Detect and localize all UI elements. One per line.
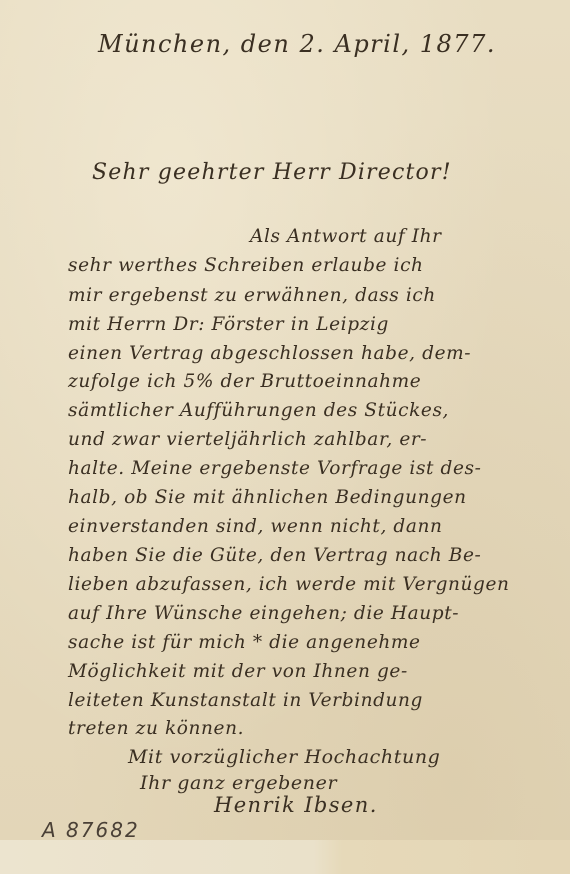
body-line: lieben abzufassen, ich werde mit Vergnüg… — [68, 574, 510, 595]
body-line: Möglichkeit mit der von Ihnen ge- — [68, 661, 408, 682]
body-line: mit Herrn Dr: Förster in Leipzig — [68, 314, 389, 335]
body-line: halb, ob Sie mit ähnlichen Bedingungen — [68, 487, 467, 508]
signature: Henrik Ibsen. — [214, 793, 378, 817]
body-line: Als Antwort auf Ihr — [250, 226, 442, 247]
body-line: zufolge ich 5% der Bruttoeinnahme — [68, 371, 421, 392]
body-line: einverstanden sind, wenn nicht, dann — [68, 516, 443, 537]
body-line: halte. Meine ergebenste Vorfrage ist des… — [68, 458, 482, 479]
body-line: treten zu können. — [68, 718, 244, 739]
body-line: auf Ihre Wünsche eingehen; die Haupt- — [68, 603, 459, 624]
paper-bottom-edge — [0, 840, 570, 874]
body-line: einen Vertrag abgeschlossen habe, dem- — [68, 343, 471, 364]
body-line: mir ergebenst zu erwähnen, dass ich — [68, 285, 436, 306]
body-line: sämtlicher Aufführungen des Stückes, — [68, 400, 449, 421]
body-line: und zwar vierteljährlich zahlbar, er- — [68, 429, 427, 450]
body-line: leiteten Kunstanstalt in Verbindung — [68, 690, 423, 711]
body-line: sache ist für mich * die angenehme — [68, 632, 421, 653]
closing-line: Ihr ganz ergebener — [140, 772, 337, 794]
dateline: München, den 2. April, 1877. — [98, 30, 496, 58]
body-line: haben Sie die Güte, den Vertrag nach Be- — [68, 545, 481, 566]
salutation: Sehr geehrter Herr Director! — [92, 160, 452, 185]
body-line: sehr werthes Schreiben erlaube ich — [68, 255, 424, 276]
archive-catalog-mark: A 87682 — [42, 818, 140, 842]
closing-line: Mit vorzüglicher Hochachtung — [128, 746, 440, 768]
letter-page: München, den 2. April, 1877. Sehr geehrt… — [0, 0, 570, 874]
